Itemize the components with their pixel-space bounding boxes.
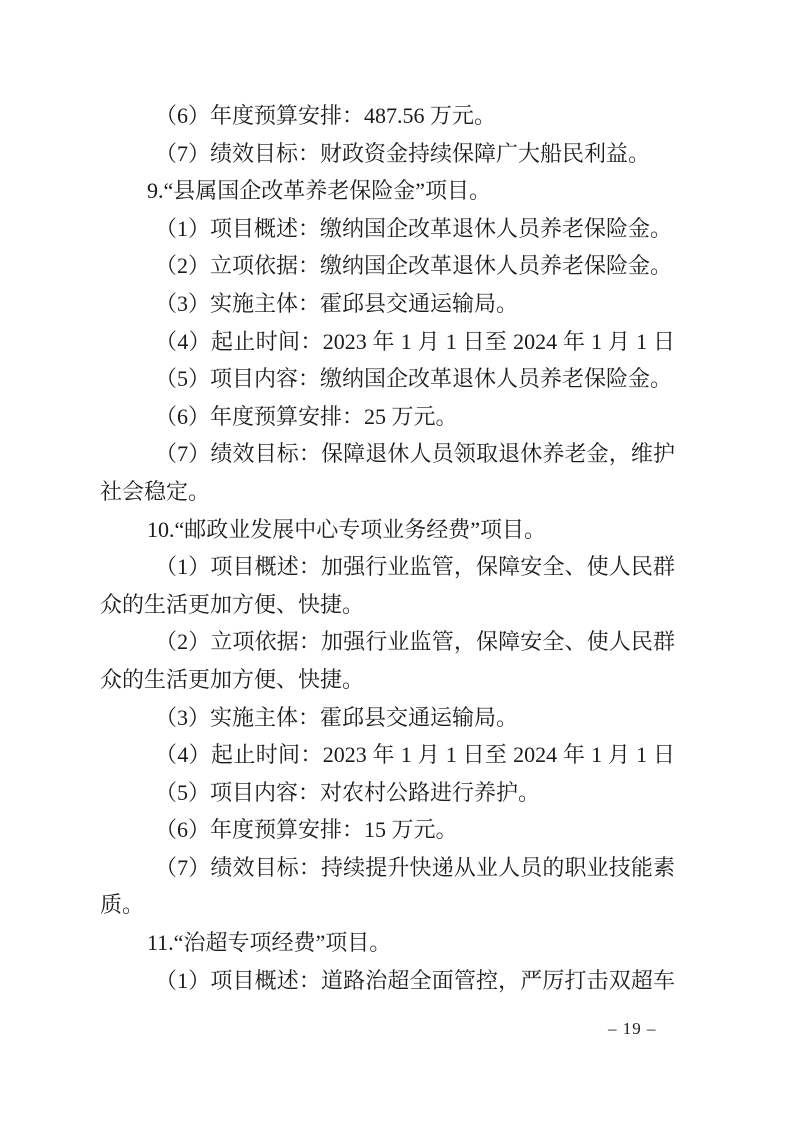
document-line: 10.“邮政业发展中心专项业务经费”项目。: [100, 511, 675, 549]
document-line: 社会稳定。: [100, 473, 675, 511]
document-line: （6）年度预算安排：15 万元。: [100, 811, 675, 849]
document-line: （6）年度预算安排：487.56 万元。: [100, 97, 675, 135]
document-line: （3）实施主体：霍邱县交通运输局。: [100, 699, 675, 737]
document-line: （5）项目内容：缴纳国企改革退休人员养老保险金。: [100, 360, 675, 398]
document-line: （1）项目概述：缴纳国企改革退休人员养老保险金。: [100, 210, 675, 248]
document-line: （5）项目内容：对农村公路进行养护。: [100, 774, 675, 812]
document-body: （6）年度预算安排：487.56 万元。（7）绩效目标：财政资金持续保障广大船民…: [100, 97, 675, 999]
document-line: 众的生活更加方便、快捷。: [100, 661, 675, 699]
document-line: （3）实施主体：霍邱县交通运输局。: [100, 285, 675, 323]
document-line: 11.“治超专项经费”项目。: [100, 924, 675, 962]
document-line: （7）绩效目标：保障退休人员领取退休养老金，维护: [100, 435, 675, 473]
document-line: （6）年度预算安排：25 万元。: [100, 398, 675, 436]
document-line: （1）项目概述：加强行业监管，保障安全、使人民群: [100, 548, 675, 586]
document-line: （4）起止时间：2023 年 1 月 1 日至 2024 年 1 月 1 日: [100, 323, 675, 361]
document-line: 质。: [100, 886, 675, 924]
page-number: – 19 –: [608, 1018, 688, 1040]
document-page: （6）年度预算安排：487.56 万元。（7）绩效目标：财政资金持续保障广大船民…: [0, 0, 793, 1122]
document-line: （2）立项依据：加强行业监管，保障安全、使人民群: [100, 623, 675, 661]
document-line: （2）立项依据：缴纳国企改革退休人员养老保险金。: [100, 247, 675, 285]
document-line: （7）绩效目标：财政资金持续保障广大船民利益。: [100, 135, 675, 173]
document-line: 众的生活更加方便、快捷。: [100, 586, 675, 624]
document-line: （1）项目概述：道路治超全面管控，严厉打击双超车: [100, 962, 675, 1000]
document-line: 9.“县属国企改革养老保险金”项目。: [100, 172, 675, 210]
document-line: （4）起止时间：2023 年 1 月 1 日至 2024 年 1 月 1 日: [100, 736, 675, 774]
document-line: （7）绩效目标：持续提升快递从业人员的职业技能素: [100, 849, 675, 887]
